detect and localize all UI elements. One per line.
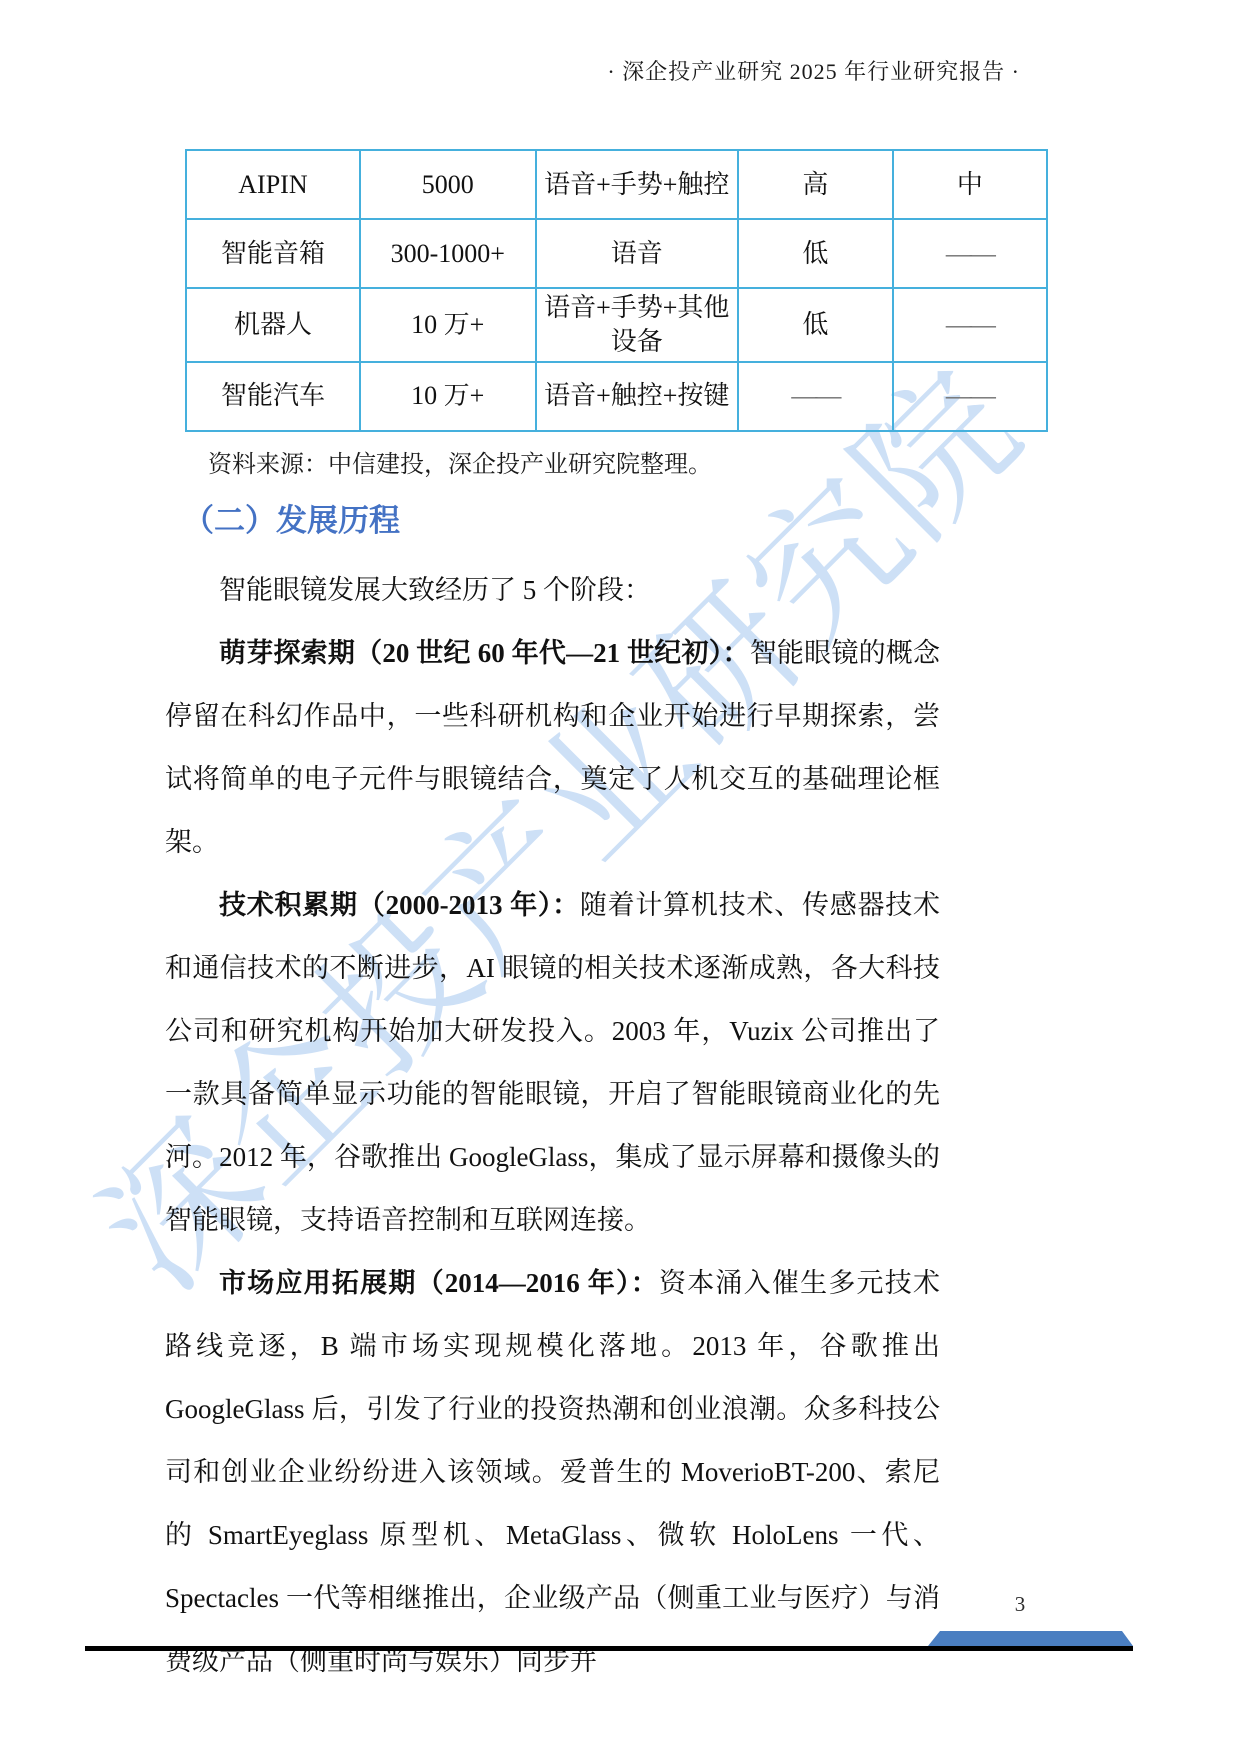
paragraph-intro: 智能眼镜发展大致经历了 5 个阶段： <box>165 559 940 622</box>
table-cell: 5000 <box>360 150 536 219</box>
table-cell: 机器人 <box>186 288 360 362</box>
paragraph-text: 智能眼镜的概念停留在科幻作品中，一些科研机构和企业开始进行早期探索，尝试将简单的… <box>165 638 940 857</box>
paragraph-text: 资本涌入催生多元技术路线竞逐，B 端市场实现规模化落地。2013 年，谷歌推出 … <box>165 1268 940 1676</box>
table-cell: 300-1000+ <box>360 219 536 288</box>
table-cell: 语音+手势+其他设备 <box>536 288 738 362</box>
page-number: 3 <box>1003 1592 1037 1617</box>
table-cell: 低 <box>738 288 893 362</box>
table-cell: 高 <box>738 150 893 219</box>
table-cell: 10 万+ <box>360 362 536 431</box>
paragraph-stage-2: 技术积累期（2000-2013 年）：随着计算机技术、传感器技术和通信技术的不断… <box>165 874 940 1252</box>
paragraph-lead: 萌芽探索期（20 世纪 60 年代—21 世纪初）： <box>219 638 750 668</box>
footer-accent-shape <box>928 1631 1133 1646</box>
table-cell: 中 <box>893 150 1047 219</box>
comparison-table: AIPIN 5000 语音+手势+触控 高 中 智能音箱 300-1000+ 语… <box>185 149 1048 432</box>
paragraph-lead: 技术积累期（2000-2013 年）： <box>219 890 580 920</box>
table-cell: 10 万+ <box>360 288 536 362</box>
paragraph-stage-3: 市场应用拓展期（2014—2016 年）：资本涌入催生多元技术路线竞逐，B 端市… <box>165 1252 940 1693</box>
table-source-note: 资料来源：中信建投，深企投产业研究院整理。 <box>208 444 712 479</box>
table-cell: 语音 <box>536 219 738 288</box>
table-cell: 智能汽车 <box>186 362 360 431</box>
table-cell: —— <box>893 219 1047 288</box>
body-text: 智能眼镜发展大致经历了 5 个阶段： 萌芽探索期（20 世纪 60 年代—21 … <box>165 559 940 1693</box>
table-cell: 语音+手势+触控 <box>536 150 738 219</box>
document-page: 深企投产业研究院 · 深企投产业研究 2025 年行业研究报告 · AIPIN … <box>0 0 1241 1754</box>
table-row: 机器人 10 万+ 语音+手势+其他设备 低 —— <box>186 288 1047 362</box>
table-row: 智能音箱 300-1000+ 语音 低 —— <box>186 219 1047 288</box>
table-row: AIPIN 5000 语音+手势+触控 高 中 <box>186 150 1047 219</box>
table-cell: —— <box>893 362 1047 431</box>
table-cell: 语音+触控+按键 <box>536 362 738 431</box>
paragraph-lead: 市场应用拓展期（2014—2016 年）： <box>219 1268 659 1298</box>
table-cell: —— <box>738 362 893 431</box>
paragraph-text: 智能眼镜发展大致经历了 5 个阶段： <box>219 575 651 605</box>
paragraph-stage-1: 萌芽探索期（20 世纪 60 年代—21 世纪初）：智能眼镜的概念停留在科幻作品… <box>165 622 940 874</box>
footer-rule <box>85 1646 1133 1651</box>
page-header: · 深企投产业研究 2025 年行业研究报告 · <box>607 55 1020 86</box>
table-cell: 智能音箱 <box>186 219 360 288</box>
table-cell: 低 <box>738 219 893 288</box>
section-heading: （二）发展历程 <box>183 501 400 541</box>
paragraph-text: 随着计算机技术、传感器技术和通信技术的不断进步，AI 眼镜的相关技术逐渐成熟，各… <box>165 890 940 1235</box>
table-cell: AIPIN <box>186 150 360 219</box>
table-cell: —— <box>893 288 1047 362</box>
table-row: 智能汽车 10 万+ 语音+触控+按键 —— —— <box>186 362 1047 431</box>
